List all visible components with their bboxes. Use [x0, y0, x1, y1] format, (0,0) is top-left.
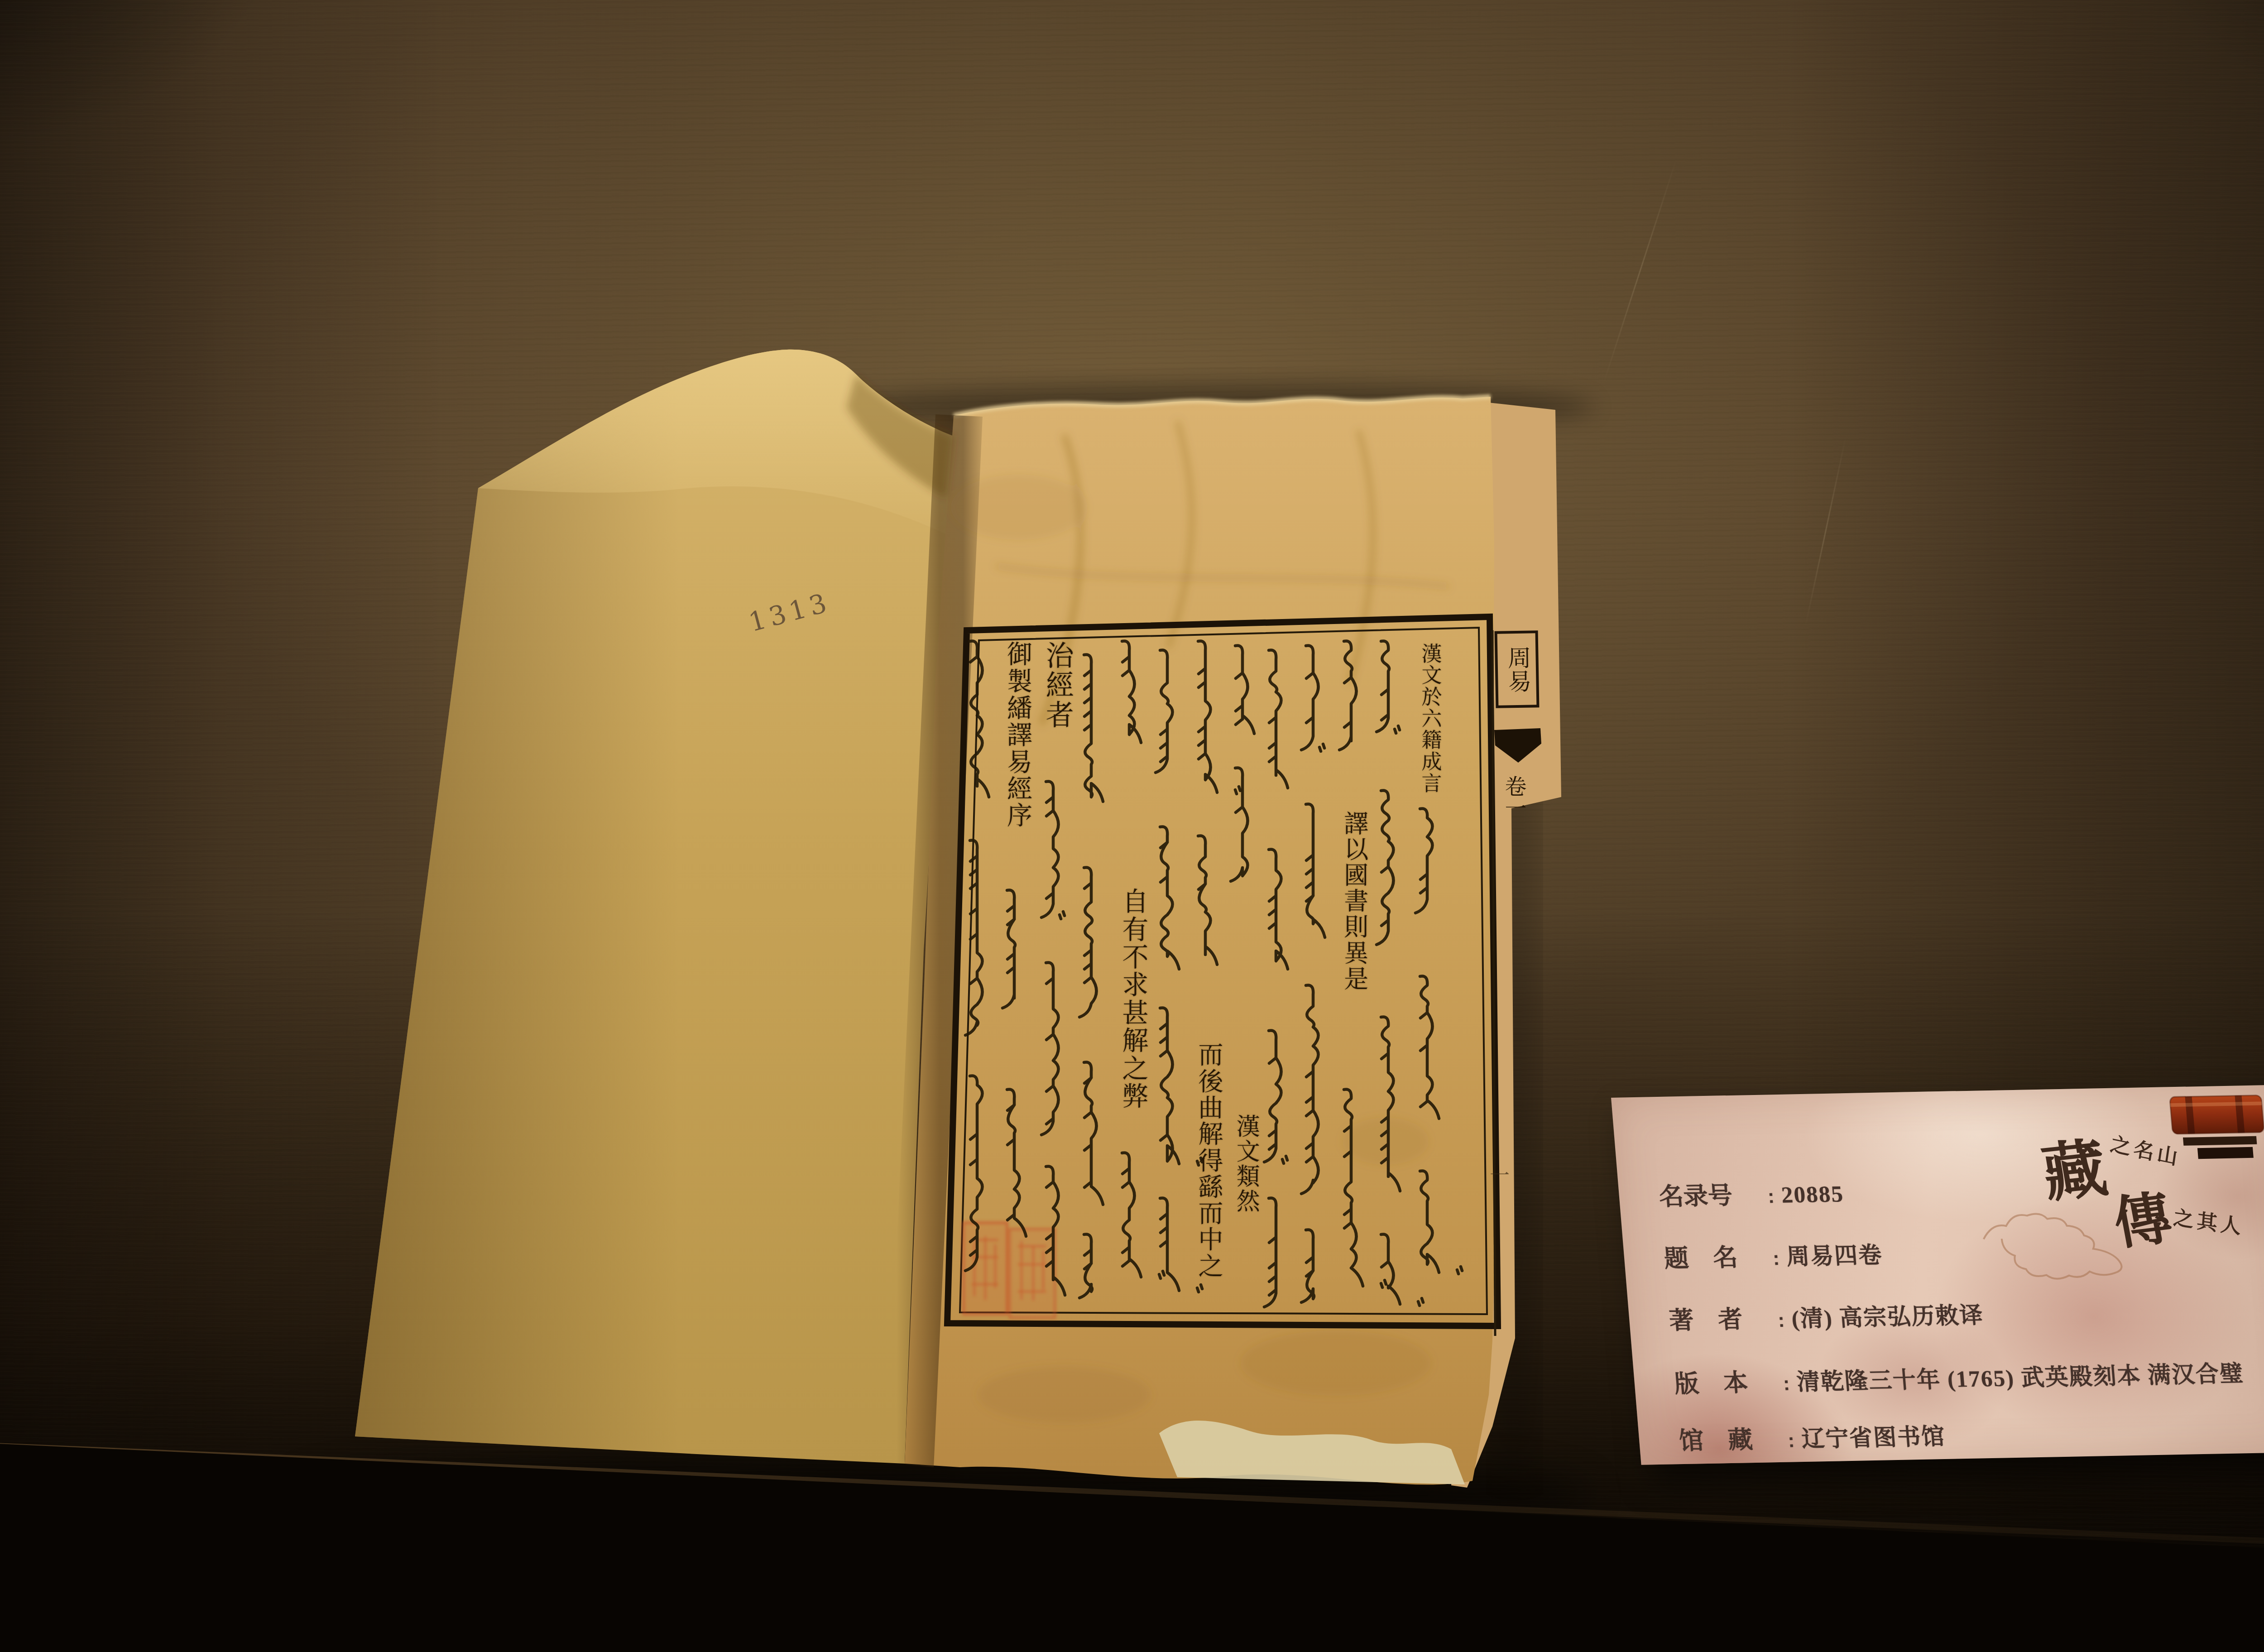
card-field-value: 清乾隆三十年 (1765) 武英殿刻本 满汉合璧 [1795, 1354, 2245, 1397]
banxin-volume-label: 卷一 [1498, 775, 1529, 819]
card-field-row: 著 者:(清) 高宗弘历敕译 [1668, 1295, 1985, 1336]
museum-display-case-scene: 漢文於六籍成言譯以國書則異是漢文類然而後曲解得繇而中之自有不求甚解之弊治經者御製… [0, 0, 2264, 1652]
chinese-text-column: 漢文於六籍成言 [1415, 643, 1441, 794]
chinese-text-column: 而後曲解得繇而中之 [1190, 1042, 1223, 1279]
card-field-label: 题 名 [1663, 1237, 1774, 1274]
chinese-text-column: 自有不求甚解之弊 [1113, 888, 1147, 1110]
card-field-value: (清) 高宗弘历敕译 [1790, 1296, 1985, 1333]
card-field-value: 辽宁省图书馆 [1800, 1417, 1947, 1454]
map-outline-sketch [1961, 1181, 2164, 1285]
card-field-row: 题 名:周易四卷 [1663, 1235, 1884, 1274]
card-field-row: 版 本:清乾隆三十年 (1765) 武英殿刻本 满汉合璧 [1673, 1354, 2245, 1399]
card-field-colon: : [1782, 1373, 1790, 1395]
card-field-label: 馆 藏 [1678, 1420, 1789, 1457]
chinese-text-column: 御製繙譯易經序 [998, 641, 1031, 829]
exhibition-logo: 藏 之名山 傳 之其人 [1969, 1090, 2264, 1268]
leaf-number: 一 [1490, 1159, 1510, 1188]
banxin-title-box: 周易 [1495, 630, 1540, 708]
card-field-label: 著 者 [1668, 1299, 1779, 1336]
card-field-label: 名录号 [1658, 1175, 1769, 1212]
exhibit-label-card: 藏 之名山 傳 之其人 名录号:20885题 名:周易四卷著 者:(清) 高宗弘… [1611, 1085, 2264, 1465]
chinese-text-column: 譯以國書則異是 [1336, 811, 1368, 992]
card-field-colon: : [1787, 1430, 1795, 1451]
card-field-colon: : [1777, 1310, 1785, 1331]
logo-phrase-zhiqiren: 之其人 [2173, 1201, 2245, 1240]
card-field-value: 20885 [1780, 1181, 1845, 1209]
card-field-value: 周易四卷 [1785, 1236, 1884, 1272]
chinese-text-column: 漢文類然 [1228, 1114, 1259, 1214]
chinese-text-column: 治經者 [1036, 641, 1073, 730]
card-field-colon: : [1767, 1186, 1775, 1207]
card-field-row: 名录号:20885 [1658, 1174, 1845, 1212]
card-field-label: 版 本 [1673, 1363, 1784, 1400]
card-field-row: 馆 藏:辽宁省图书馆 [1678, 1417, 1947, 1456]
card-field-colon: : [1772, 1248, 1780, 1269]
